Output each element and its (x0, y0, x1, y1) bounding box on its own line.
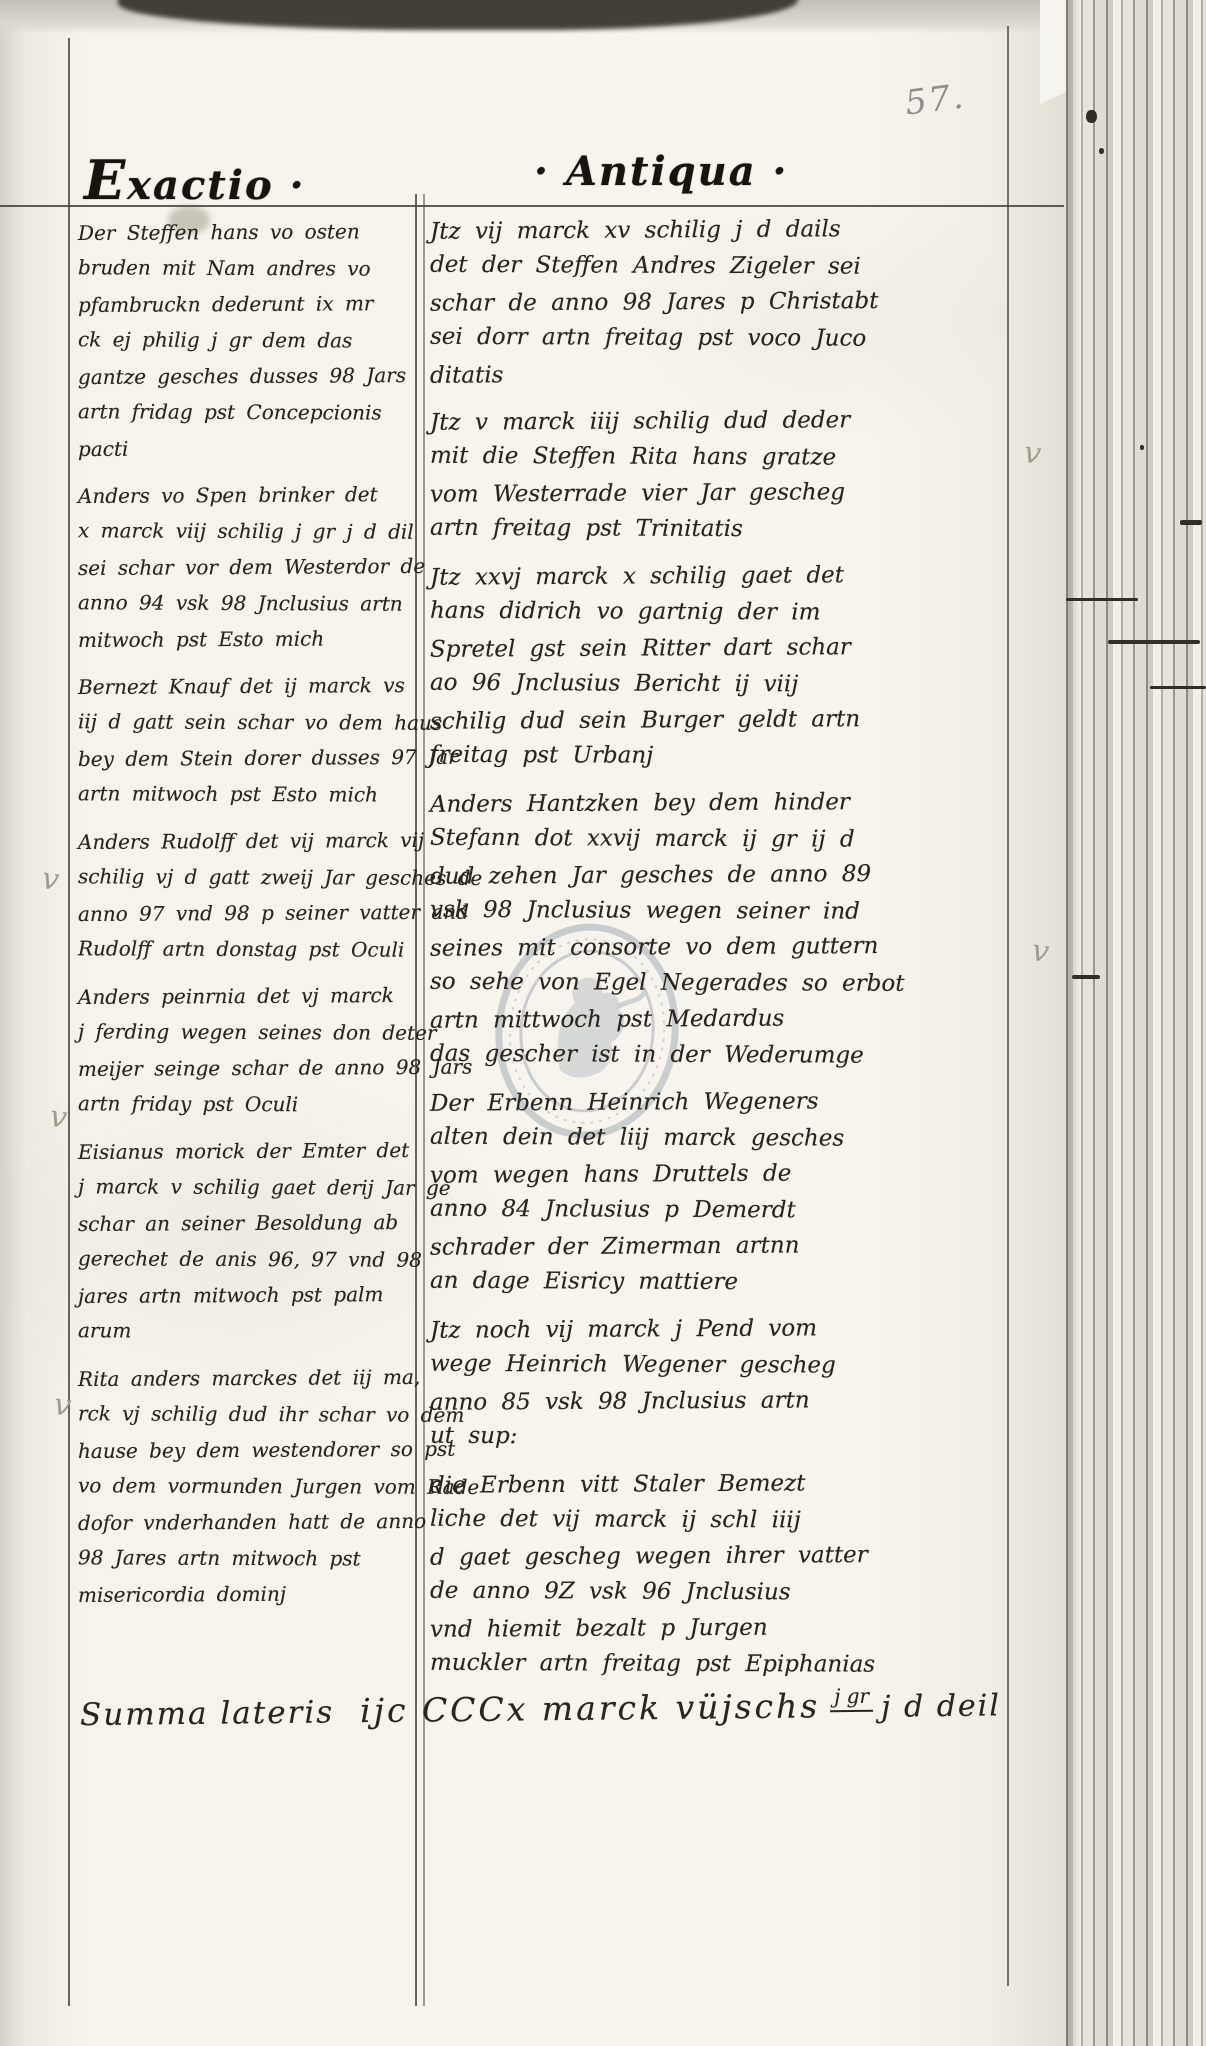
handwritten-line: pfambruckn dederunt ix mr (78, 285, 412, 323)
ledger-entry: Bernezt Knauf det ij marck vsiij d gatt … (78, 668, 412, 812)
ink-speck (1099, 148, 1104, 154)
handwritten-line: vom Westerrade vier Jar gescheg (430, 473, 1006, 513)
handwritten-line: dud zehen Jar gesches de anno 89 (430, 855, 1006, 895)
ledger-entry: Anders peinrnia det vj marckj ferding we… (78, 978, 412, 1122)
handwritten-line: wege Heinrich Wegener gescheg (430, 1346, 1006, 1385)
handwritten-line: schar de anno 98 Jares p Christabt (430, 282, 1006, 322)
handwritten-line: misericordia dominj (78, 1575, 412, 1613)
column-divider-inner (423, 194, 425, 2006)
ledger-entry: die Erbenn vitt Staler Bemeztliche det v… (430, 1466, 1006, 1682)
handwritten-line: j ferding wegen seines don deter (78, 1013, 412, 1050)
ink-bleed-mark (1066, 598, 1138, 601)
margin-rule-left (68, 38, 70, 2006)
summary-line: Summa laterisijc CCCx marck vüjschsj grj… (80, 1684, 860, 1733)
handwritten-line: artn friday pst Oculi (78, 1085, 412, 1122)
handwritten-line: 98 Jares artn mitwoch pst (78, 1539, 412, 1576)
handwritten-line: vom wegen hans Druttels de (430, 1154, 1006, 1194)
ledger-entry: Anders vo Spen brinker detx marck viij s… (78, 477, 412, 657)
summary-label: Summa lateris (80, 1694, 335, 1733)
handwritten-line: Anders Hantzken bey dem hinder (430, 783, 1006, 823)
handwritten-line: x marck viij schilig j gr j d dil (78, 512, 412, 549)
handwritten-line: d gaet gescheg wegen ihrer vatter (430, 1536, 1006, 1576)
handwritten-line: ao 96 Jnclusius Bericht ij viij (430, 665, 1006, 704)
handwritten-line: sei schar vor dem Westerdor de (78, 548, 412, 586)
handwritten-line: hans didrich vo gartnig der im (430, 593, 1006, 632)
handwritten-line: rck vj schilig dud ihr schar vo dem (78, 1395, 412, 1432)
handwritten-line: artn mitwoch pst Esto mich (78, 775, 412, 812)
handwritten-line: anno 97 vnd 98 p seiner vatter and (78, 894, 412, 932)
ledger-entry: Anders Rudolff det vij marck vijschilig … (78, 823, 412, 967)
handwritten-line: artn freitag pst Trinitatis (430, 510, 1006, 549)
handwritten-line: an dage Eisricy mattiere (430, 1263, 1006, 1302)
handwritten-line: vnd hiemit bezalt p Jurgen (430, 1608, 1006, 1648)
handwritten-line: schrader der Zimerman artnn (430, 1226, 1006, 1266)
handwritten-line: j marck v schilig gaet derij Jar ge (78, 1168, 412, 1205)
ink-speck (1140, 445, 1144, 450)
handwritten-line: anno 85 vsk 98 Jnclusius artn (430, 1381, 1006, 1421)
handwritten-line: Anders peinrnia det vj marck (78, 977, 412, 1015)
handwritten-line: Jtz xxvj marck x schilig gaet det (430, 556, 1006, 596)
handwritten-line: iij d gatt sein schar vo dem haus (78, 703, 412, 740)
book-fore-edge (1066, 0, 1206, 2046)
handwritten-line: das gescher ist in der Wederumge (430, 1036, 1006, 1075)
summary-superscript: j gr (830, 1684, 873, 1712)
handwritten-line: hause bey dem westendorer so pst (78, 1431, 412, 1469)
handwritten-line: Spretel gst sein Ritter dart schar (430, 628, 1006, 668)
summary-suffix: j d deil (881, 1688, 1001, 1724)
handwritten-line: Eisianus morick der Emter det (78, 1132, 412, 1170)
summary-amount: ijc CCCx marck vüjschs (360, 1686, 820, 1730)
ledger-entry: Der Erbenn Heinrich Wegenersalten dein d… (430, 1084, 1006, 1300)
handwritten-line: sei dorr artn freitag pst voco Juco (430, 319, 1006, 358)
handwritten-line: ck ej philig j gr dem das (78, 321, 412, 358)
handwritten-line: die Erbenn vitt Staler Bemezt (430, 1464, 1006, 1504)
handwritten-line: Jtz noch vij marck j Pend vom (430, 1309, 1006, 1349)
handwritten-line: Bernezt Knauf det ij marck vs (78, 667, 412, 705)
handwritten-line: schilig vj d gatt zweij Jar gesches de (78, 858, 412, 895)
handwritten-line: dofor vnderhanden hatt de anno (78, 1503, 412, 1541)
handwritten-line: schilig dud sein Burger geldt artn (430, 700, 1006, 740)
handwritten-line: gantze gesches dusses 98 Jars (78, 357, 412, 395)
handwritten-line: Anders vo Spen brinker det (78, 476, 412, 514)
column-divider (415, 194, 417, 2006)
handwritten-line: bruden mit Nam andres vo (78, 249, 412, 286)
ink-bleed-mark (1150, 686, 1206, 689)
handwritten-line: ditatis (430, 354, 1006, 394)
handwritten-line: Stefann dot xxvij marck ij gr ij d (430, 820, 1006, 859)
handwritten-line: bey dem Stein dorer dusses 97 Jar (78, 739, 412, 777)
ledger-entry: Anders Hantzken bey dem hinderStefann do… (430, 785, 1006, 1073)
ink-bleed-mark (1072, 975, 1100, 979)
handwritten-line: Anders Rudolff det vij marck vij (78, 822, 412, 860)
ink-bleed-mark (1108, 640, 1200, 644)
ink-speck (1086, 110, 1097, 123)
manuscript-scan: Exactio · · Antiqua · 57. Der Steffen ha… (0, 0, 1206, 2046)
handwritten-line: pacti (78, 429, 412, 467)
handwritten-line: artn fridag pst Concepcionis (78, 393, 412, 430)
ledger-entry: Der Steffen hans vo ostenbruden mit Nam … (78, 214, 412, 466)
handwritten-line: anno 84 Jnclusius p Demerdt (430, 1191, 1006, 1230)
handwritten-line: alten dein det liij marck gesches (430, 1119, 1006, 1158)
column-header-antiqua: · Antiqua · (534, 148, 788, 195)
ledger-entry: Rita anders marckes det iij ma,rck vj sc… (78, 1360, 412, 1612)
handwritten-line: muckler artn freitag pst Epiphanias (430, 1645, 1006, 1684)
handwritten-line: det der Steffen Andres Zigeler sei (430, 247, 1006, 286)
handwritten-line: mit die Steffen Rita hans gratze (430, 438, 1006, 477)
handwritten-line: Jtz v marck iiij schilig dud deder (430, 401, 1006, 441)
handwritten-line: Rudolff artn donstag pst Oculi (78, 930, 412, 967)
ledger-entry: Jtz v marck iiij schilig dud dedermit di… (430, 403, 1006, 547)
folio-number: 57. (903, 76, 968, 123)
handwritten-line: meijer seinge schar de anno 98 Jars (78, 1049, 412, 1087)
handwritten-line: gerechet de anis 96, 97 vnd 98 (78, 1240, 412, 1277)
exactio-column: Der Steffen hans vo ostenbruden mit Nam … (78, 214, 412, 1623)
handwritten-line: vsk 98 Jnclusius wegen seiner ind (430, 892, 1006, 931)
handwritten-line: mitwoch pst Esto mich (78, 620, 412, 658)
handwritten-line: Rita anders marckes det iij ma, (78, 1359, 412, 1397)
handwritten-line: Der Steffen hans vo osten (78, 213, 412, 251)
ledger-entry: Eisianus morick der Emter detj marck v s… (78, 1133, 412, 1349)
handwritten-line: Jtz vij marck xv schilig j d dails (430, 210, 1006, 250)
page-border-right (1007, 26, 1009, 1986)
handwritten-line: de anno 9Z vsk 96 Jnclusius (430, 1573, 1006, 1612)
antiqua-column: Jtz vij marck xv schilig j d dailsdet de… (430, 212, 1006, 1693)
handwritten-line: so sehe von Egel Negerades so erbot (430, 964, 1006, 1003)
column-header-exactio: Exactio · (84, 148, 306, 212)
handwritten-line: artn mittwoch pst Medardus (430, 999, 1006, 1039)
handwritten-line: Der Erbenn Heinrich Wegeners (430, 1082, 1006, 1122)
handwritten-line: seines mit consorte vo dem guttern (430, 927, 1006, 967)
handwritten-line: freitag pst Urbanj (430, 737, 1006, 776)
ledger-entry: Jtz xxvj marck x schilig gaet dethans di… (430, 558, 1006, 774)
handwritten-line: ut sup: (430, 1418, 1006, 1457)
handwritten-line: arum (78, 1312, 412, 1349)
handwritten-line: schar an seiner Besoldung ab (78, 1204, 412, 1242)
handwritten-line: jares artn mitwoch pst palm (78, 1276, 412, 1314)
handwritten-line: liche det vij marck ij schl iiij (430, 1501, 1006, 1540)
handwritten-line: anno 94 vsk 98 Jnclusius artn (78, 584, 412, 621)
ledger-entry: Jtz vij marck xv schilig j d dailsdet de… (430, 212, 1006, 392)
ledger-entry: Jtz noch vij marck j Pend vomwege Heinri… (430, 1311, 1006, 1455)
handwritten-line: vo dem vormunden Jurgen vom Rade (78, 1467, 412, 1504)
ink-bleed-mark (1180, 520, 1202, 525)
